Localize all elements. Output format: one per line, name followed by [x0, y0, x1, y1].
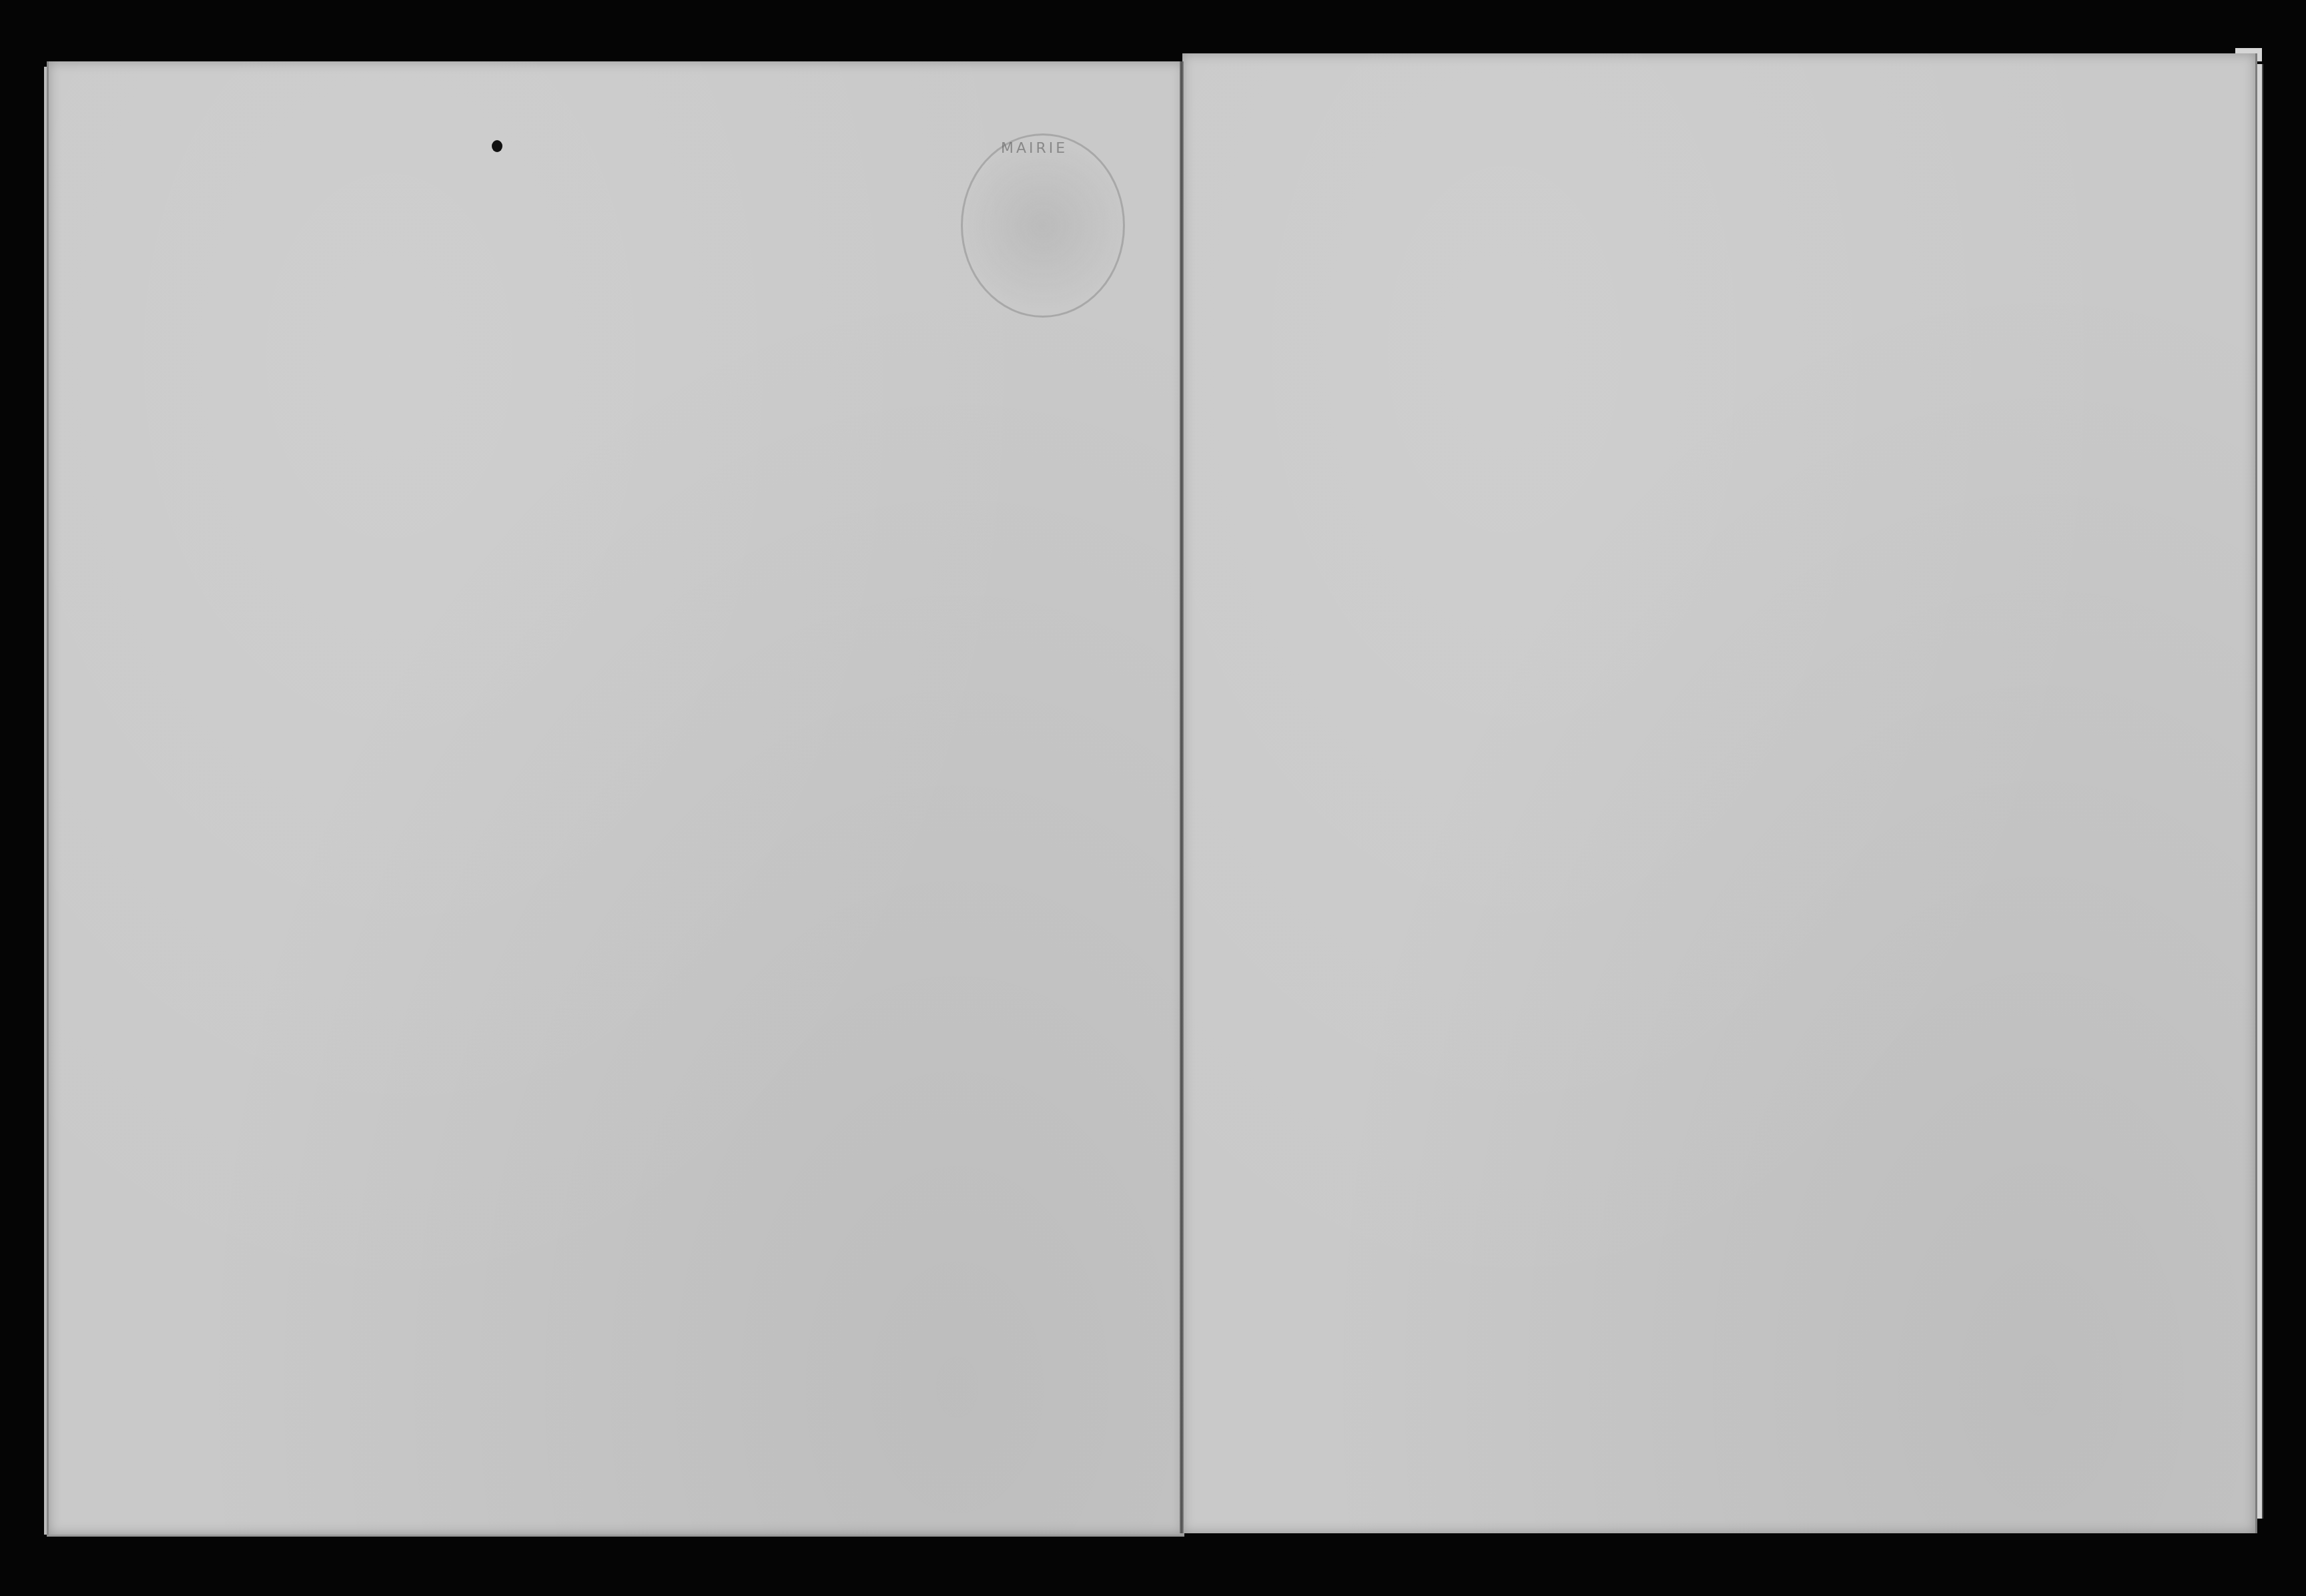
seal-stamp-icon — [961, 133, 1125, 318]
seal-stamp-text: MAIRIE — [1001, 140, 1068, 157]
ink-blot — [492, 140, 502, 152]
right-page — [1182, 53, 2257, 1533]
book-gutter — [1180, 61, 1184, 1533]
